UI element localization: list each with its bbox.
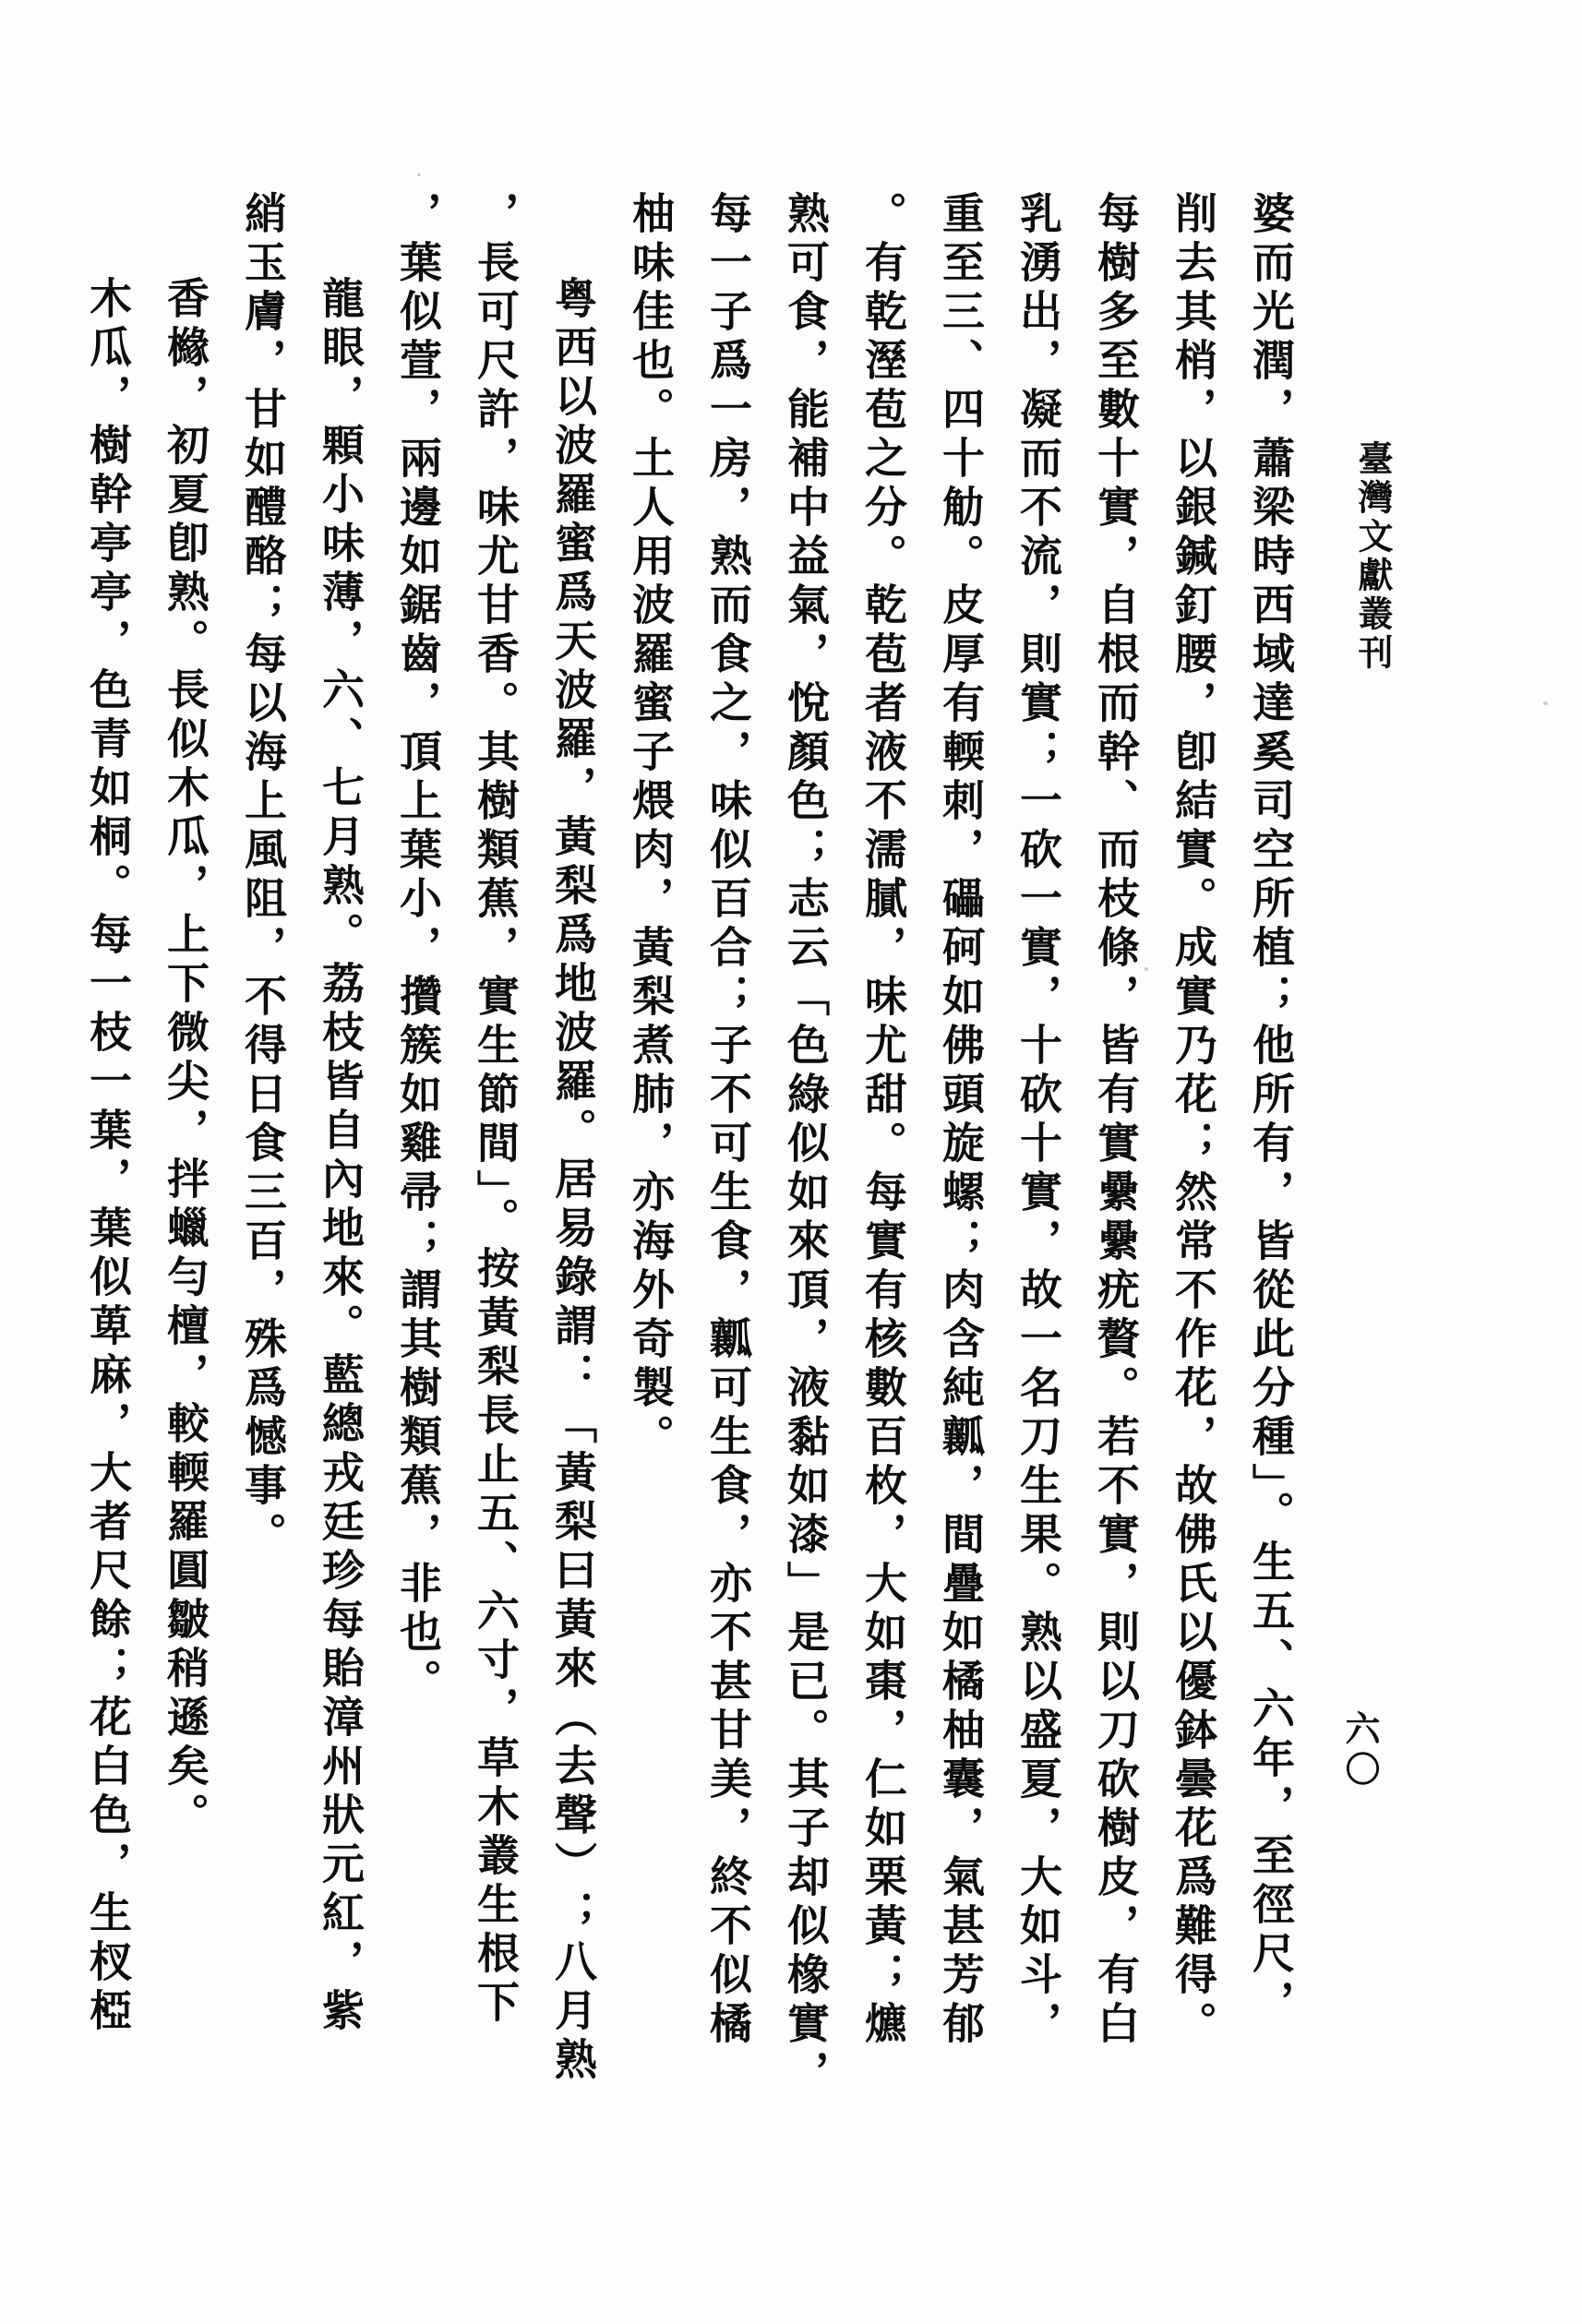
- scan-speckle: [1145, 967, 1148, 971]
- scan-speckle: [417, 174, 421, 176]
- text-column-12: ，葉似萱，兩邊如鋸齒，頂上葉小，攢簇如雞帚；謂其樹類蕉，非也。: [378, 191, 456, 2185]
- text-column-10: 粤西以波羅蜜爲天波羅，黃梨爲地波羅。居易錄謂：「黃梨曰黃來（去聲）；八月熟: [533, 191, 611, 2270]
- text-column-5: 重至三、四十觔。皮厚有輭刺，礧砢如佛頭旋螺；肉含純瓤，間疊如橘柚囊，氣甚芳郁: [921, 191, 999, 2185]
- text-column-1: 婆而光潤，蕭梁時西域達奚司空所植；他所有，皆從此分種」。生五、六年，至徑尺，: [1231, 191, 1309, 2185]
- text-column-7: 熟可食，能補中益氣，悅顏色；志云「色綠似如來頂，液黏如漆」是已。其子却似橡實，: [766, 191, 844, 2185]
- text-column-8: 每一子爲一房，熟而食之，味似百合；子不可生食，瓤可生食，亦不甚甘美，終不似橘: [689, 191, 766, 2185]
- text-column-6: 。有乾溼苞之分。乾苞者液不濡膩，味尤甜。每實有核數百枚，大如棗，仁如栗黃；爊: [844, 191, 921, 2185]
- text-column-3: 每樹多至數十實，自根而幹、而枝條，皆有實纍纍疣贅。若不實，則以刀砍樹皮，有白: [1076, 191, 1154, 2185]
- text-column-14: 綃玉膚，甘如醴酪；每以海上風阻，不得日食三百，殊爲憾事。: [223, 191, 301, 2185]
- text-column-2: 削去其梢，以銀鍼釘腰，卽結實。成實乃花；然常不作花，故佛氏以優鉢曇花爲難得。: [1154, 191, 1231, 2185]
- scan-speckle: [1543, 701, 1548, 705]
- text-column-16: 木瓜，樹幹亭亭，色青如桐。每一枝一葉，葉似萆麻，大者尺餘；花白色，生杈椏: [68, 191, 146, 2270]
- text-column-9: 柚味佳也。土人用波羅蜜子煨肉，黃梨煮肺，亦海外奇製。: [611, 191, 689, 2185]
- page-number: 六〇: [1337, 1710, 1380, 1791]
- main-text-block: 婆而光潤，蕭梁時西域達奚司空所植；他所有，皆從此分種」。生五、六年，至徑尺，削去…: [68, 191, 1309, 2185]
- text-column-15: 香櫞，初夏卽熟。長似木瓜，上下微尖，拌蠟勻檀，較輭羅圓皺稍遜矣。: [146, 191, 223, 2270]
- text-column-13: 龍眼，顆小味薄，六、七月熟。荔枝皆自內地來。藍總戎廷珍每貽漳州狀元紅，紫: [301, 191, 378, 2270]
- scanned-book-page: 臺灣文獻叢刊 六〇 婆而光潤，蕭梁時西域達奚司空所植；他所有，皆從此分種」。生五…: [0, 0, 1582, 2324]
- text-column-4: 乳湧出，凝而不流，則實；一砍一實，十砍十實，故一名刀生果。熟以盛夏，大如斗，: [999, 191, 1076, 2185]
- series-title: 臺灣文獻叢刊: [1350, 440, 1393, 673]
- text-column-11: ，長可尺許，味尤甘香。其樹類蕉，實生節間」。按黃梨長止五、六寸，草木叢生根下: [456, 191, 533, 2185]
